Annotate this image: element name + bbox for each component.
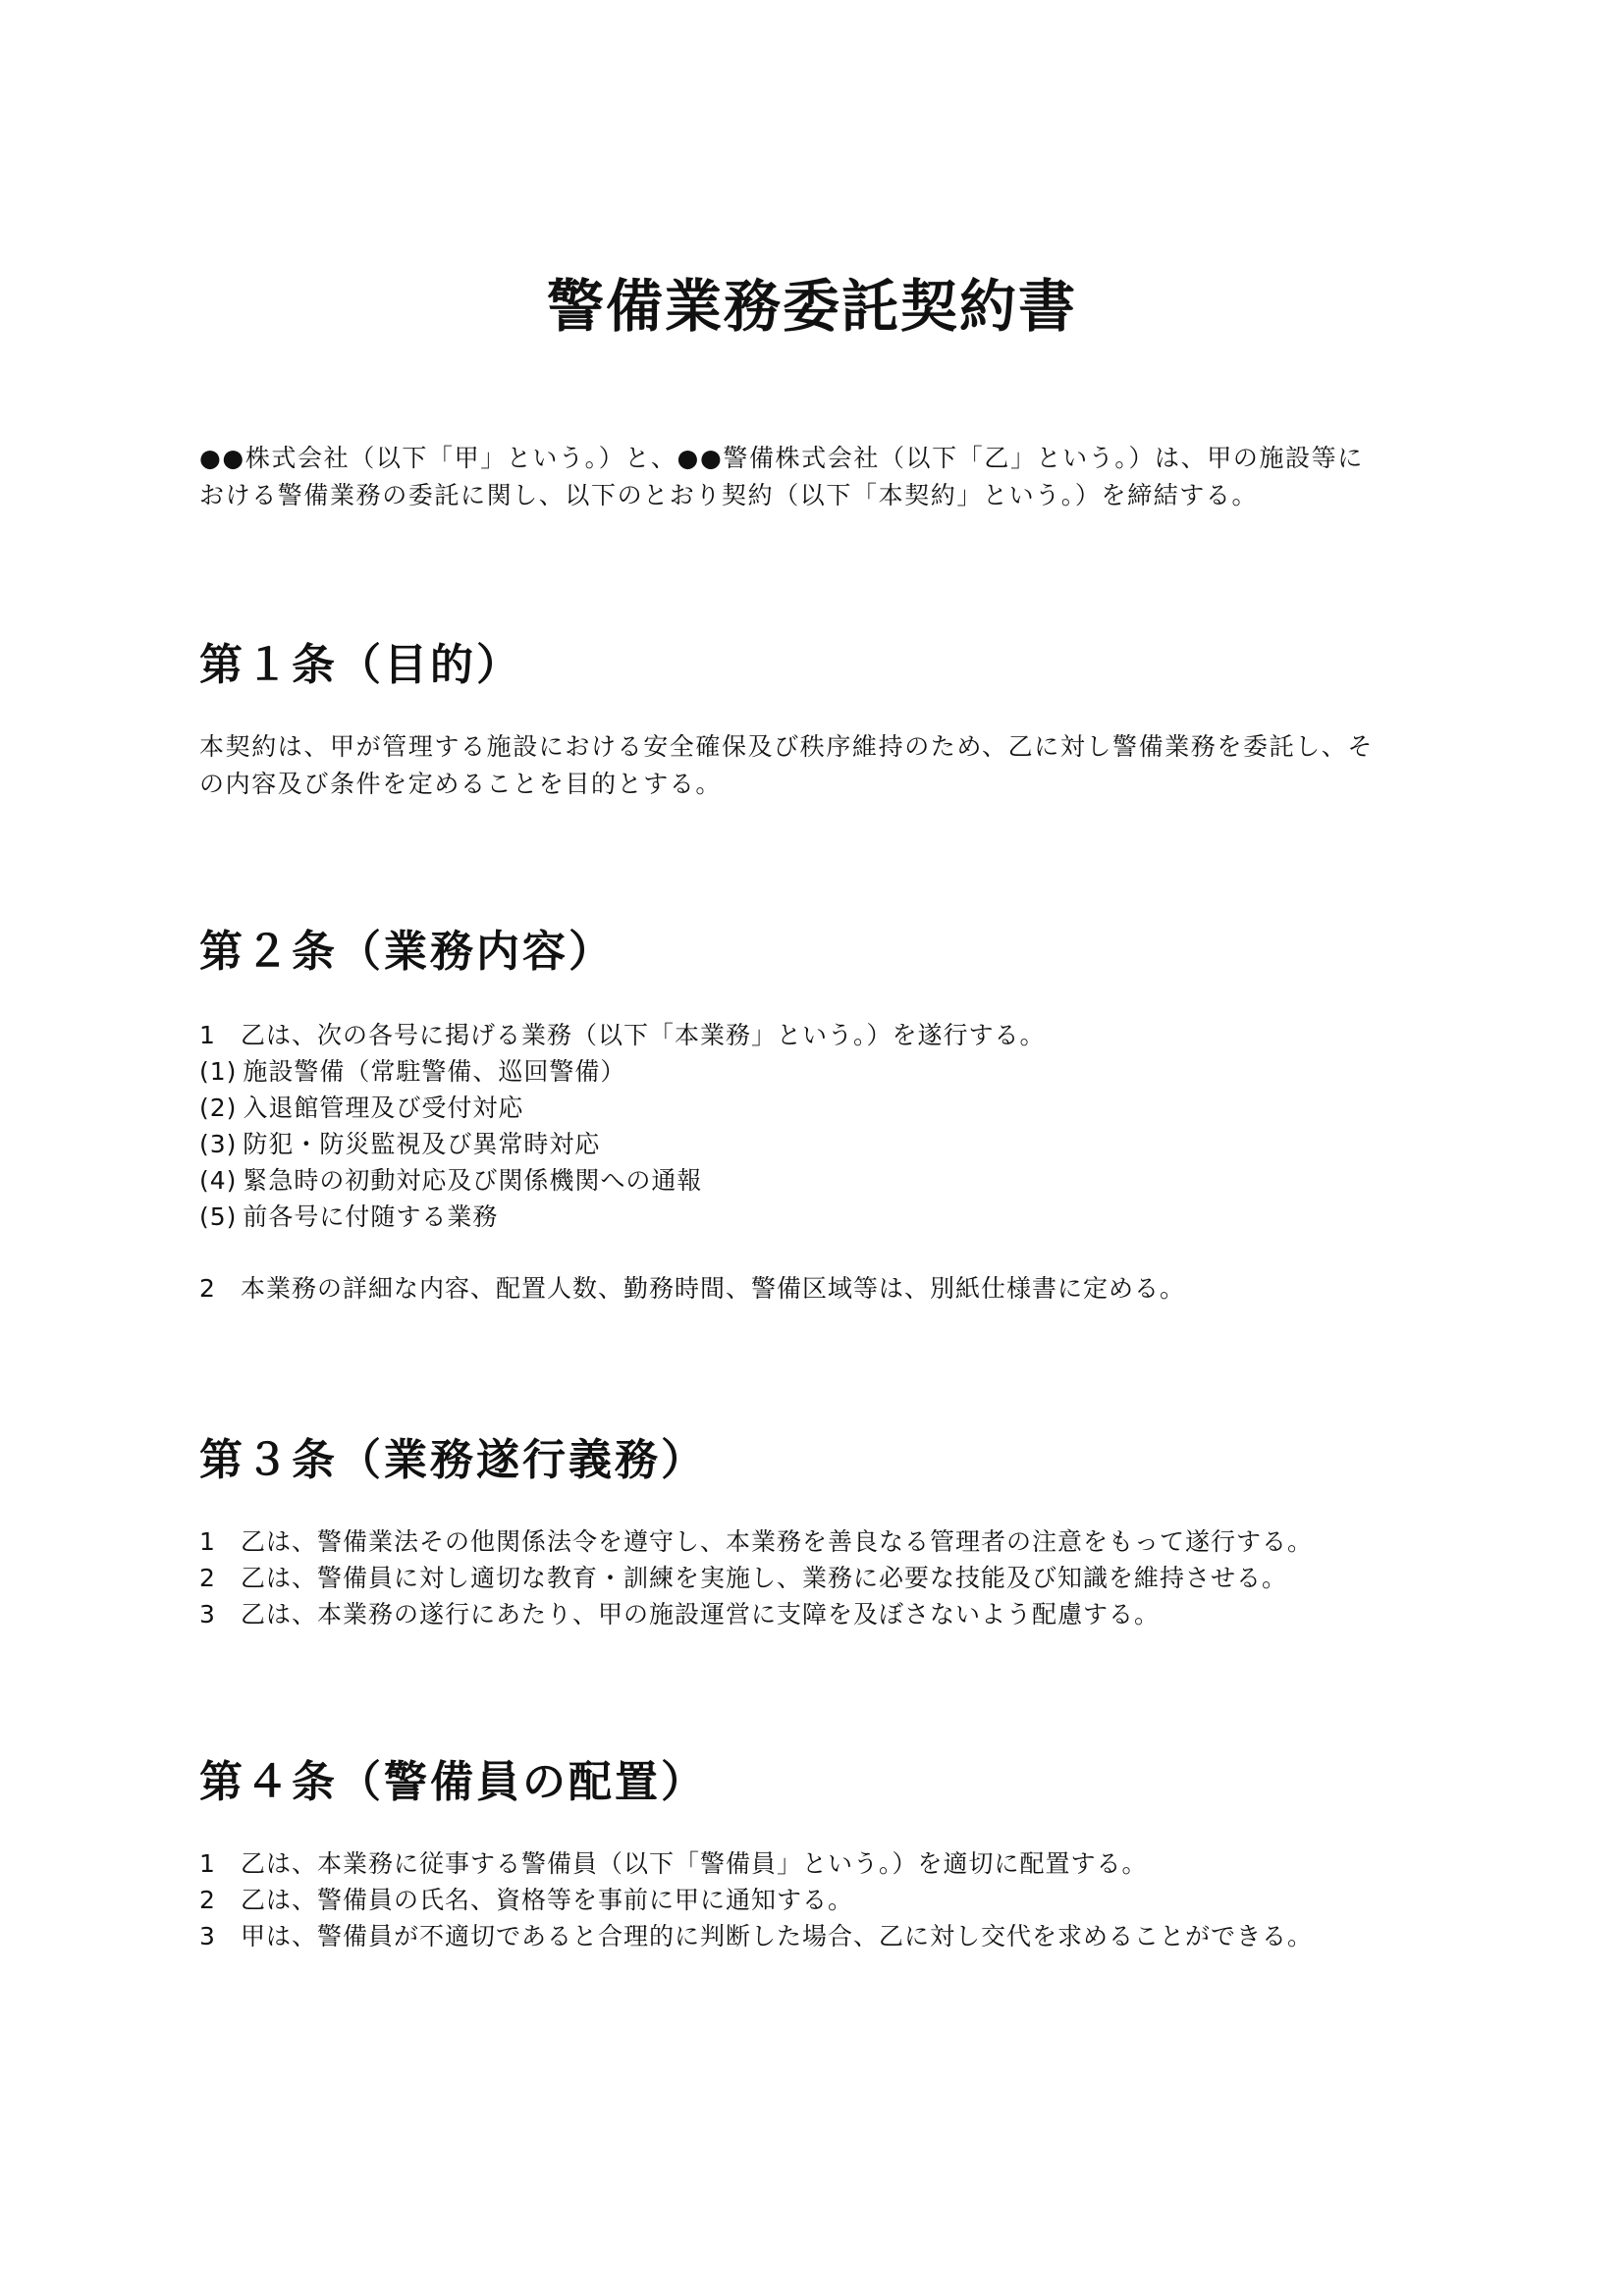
preamble-line: ●●株式会社（以下「甲」という。）と、●●警備株式会社（以下「乙」という。）は、… bbox=[199, 440, 1436, 477]
clause: 2本業務の詳細な内容、配置人数、勤務時間、警備区域等は、別紙仕様書に定める。 bbox=[199, 1270, 1185, 1307]
clause-text: 乙は、本業務の遂行にあたり、甲の施設運営に支障を及ぼさないよう配慮する。 bbox=[241, 1600, 1160, 1629]
item-text: 施設警備（常駐警備、巡回警備） bbox=[243, 1057, 625, 1086]
article-2-item-list: (1)施設警備（常駐警備、巡回警備） (2)入退館管理及び受付対応 (3)防犯・… bbox=[199, 1053, 702, 1235]
item-number: (4) bbox=[199, 1162, 237, 1199]
item-text: 緊急時の初動対応及び関係機関への通報 bbox=[243, 1166, 702, 1195]
clause-text: 乙は、警備員に対し適切な教育・訓練を実施し、業務に必要な技能及び知識を維持させる… bbox=[241, 1564, 1287, 1592]
clause-number: 1 bbox=[199, 1523, 241, 1560]
item-number: (3) bbox=[199, 1126, 237, 1162]
clause-number: 2 bbox=[199, 1882, 241, 1918]
item-text: 防犯・防災監視及び異常時対応 bbox=[243, 1130, 600, 1158]
article-1-body: 本契約は、甲が管理する施設における安全確保及び秩序維持のため、乙に対し警備業務を… bbox=[199, 728, 1436, 803]
clause-text: 乙は、警備員の氏名、資格等を事前に甲に通知する。 bbox=[241, 1886, 853, 1914]
clause: 1乙は、本業務に従事する警備員（以下「警備員」という。）を適切に配置する。 bbox=[199, 1845, 1313, 1882]
preamble: ●●株式会社（以下「甲」という。）と、●●警備株式会社（以下「乙」という。）は、… bbox=[199, 440, 1436, 514]
clause: 1乙は、警備業法その他関係法令を遵守し、本業務を善良なる管理者の注意をもって遂行… bbox=[199, 1523, 1313, 1560]
clause-text: 本業務の詳細な内容、配置人数、勤務時間、警備区域等は、別紙仕様書に定める。 bbox=[241, 1274, 1185, 1303]
article-2-clause-1: 1乙は、次の各号に掲げる業務（以下「本業務」という。）を遂行する。 bbox=[199, 1017, 1046, 1053]
list-item: (4)緊急時の初動対応及び関係機関への通報 bbox=[199, 1162, 702, 1199]
clause-text: 乙は、警備業法その他関係法令を遵守し、本業務を善良なる管理者の注意をもって遂行す… bbox=[241, 1527, 1313, 1556]
clause-text: 乙は、次の各号に掲げる業務（以下「本業務」という。）を遂行する。 bbox=[241, 1021, 1046, 1049]
item-number: (5) bbox=[199, 1199, 237, 1235]
clause-number: 3 bbox=[199, 1596, 241, 1632]
clause: 2乙は、警備員の氏名、資格等を事前に甲に通知する。 bbox=[199, 1882, 1313, 1918]
article-1-line: の内容及び条件を定めることを目的とする。 bbox=[199, 766, 1436, 803]
item-number: (1) bbox=[199, 1053, 237, 1090]
clause-number: 3 bbox=[199, 1918, 241, 1954]
article-1-line: 本契約は、甲が管理する施設における安全確保及び秩序維持のため、乙に対し警備業務を… bbox=[199, 728, 1436, 766]
list-item: (3)防犯・防災監視及び異常時対応 bbox=[199, 1126, 702, 1162]
clause-number: 1 bbox=[199, 1845, 241, 1882]
clause: 2乙は、警備員に対し適切な教育・訓練を実施し、業務に必要な技能及び知識を維持させ… bbox=[199, 1560, 1313, 1596]
item-number: (2) bbox=[199, 1090, 237, 1126]
clause-number: 2 bbox=[199, 1270, 241, 1307]
article-3-clauses: 1乙は、警備業法その他関係法令を遵守し、本業務を善良なる管理者の注意をもって遂行… bbox=[199, 1523, 1313, 1632]
clause-text: 乙は、本業務に従事する警備員（以下「警備員」という。）を適切に配置する。 bbox=[241, 1849, 1148, 1878]
list-item: (5)前各号に付随する業務 bbox=[199, 1199, 702, 1235]
article-4-clauses: 1乙は、本業務に従事する警備員（以下「警備員」という。）を適切に配置する。 2乙… bbox=[199, 1845, 1313, 1954]
document-page: 警備業務委託契約書 ●●株式会社（以下「甲」という。）と、●●警備株式会社（以下… bbox=[0, 0, 1624, 2296]
list-item: (2)入退館管理及び受付対応 bbox=[199, 1090, 702, 1126]
clause: 3甲は、警備員が不適切であると合理的に判断した場合、乙に対し交代を求めることがで… bbox=[199, 1918, 1313, 1954]
article-2-clause-2: 2本業務の詳細な内容、配置人数、勤務時間、警備区域等は、別紙仕様書に定める。 bbox=[199, 1270, 1185, 1307]
article-3-heading: 第３条（業務遂行義務） bbox=[199, 1431, 707, 1490]
article-4-heading: 第４条（警備員の配置） bbox=[199, 1753, 707, 1812]
clause: 3乙は、本業務の遂行にあたり、甲の施設運営に支障を及ぼさないよう配慮する。 bbox=[199, 1596, 1313, 1632]
article-2-heading: 第２条（業務内容） bbox=[199, 923, 615, 982]
clause-number: 2 bbox=[199, 1560, 241, 1596]
item-text: 入退館管理及び受付対応 bbox=[243, 1094, 523, 1122]
list-item: (1)施設警備（常駐警備、巡回警備） bbox=[199, 1053, 702, 1090]
item-text: 前各号に付随する業務 bbox=[243, 1202, 498, 1231]
clause-text: 甲は、警備員が不適切であると合理的に判断した場合、乙に対し交代を求めることができ… bbox=[241, 1922, 1313, 1950]
document-title: 警備業務委託契約書 bbox=[0, 267, 1624, 346]
article-1-heading: 第１条（目的） bbox=[199, 636, 522, 695]
clause-number: 1 bbox=[199, 1017, 241, 1053]
preamble-line: おける警備業務の委託に関し、以下のとおり契約（以下「本契約」という。）を締結する… bbox=[199, 477, 1436, 514]
clause: 1乙は、次の各号に掲げる業務（以下「本業務」という。）を遂行する。 bbox=[199, 1017, 1046, 1053]
